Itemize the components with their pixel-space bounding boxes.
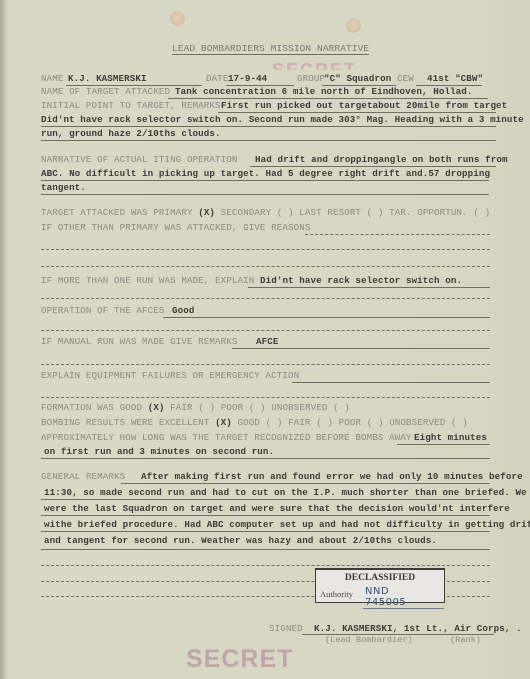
narrative-line-3: tangent. [41,182,86,193]
formation-label: FORMATION WAS [41,402,114,413]
authority-value: NND 745005 [363,586,444,609]
bombing-poor[interactable]: POOR ( ) [339,417,384,428]
bombing-fair[interactable]: FAIR ( ) [288,417,333,428]
document-page: LEAD BOMBARDIERS MISSION NARRATIVE SECRE… [0,0,530,679]
name-value: K.J. KASMERSKI [68,73,147,84]
declassified-heading: DECLASSIFIED [316,573,444,583]
secret-stamp-bottom: SECRET [186,645,293,674]
formation-unobserved[interactable]: UNOBSERVED ( ) [271,402,350,413]
bombing-good-checkbox[interactable]: ( ) [266,417,283,428]
general-remarks-underline-4 [41,531,490,532]
initial-point-line-2: Did'nt have rack selector switch on. Sec… [41,114,524,125]
equipment-failures-label: EXPLAIN EQUIPMENT FAILURES OR EMERGENCY … [41,370,299,381]
afce-operation-value: Good [172,305,194,316]
target-type-secondary[interactable]: SECONDARY ( ) [221,207,294,218]
bombing-good[interactable]: GOOD ( ) [238,417,283,428]
lead-bombardier-caption: (Lead Bombardier) [325,635,413,645]
other-than-primary-line-2[interactable] [41,249,490,250]
initial-point-label: INITIAL POINT TO TARGET, REMARKS [41,100,221,111]
primary-checkbox[interactable]: (X) [198,207,215,218]
afce-operation-label: OPERATION OF THE AFCES [41,305,165,316]
other-than-primary-line-1[interactable] [305,234,490,235]
recognition-time-label: APPROXIMATELY HOW LONG WAS THE TARGET RE… [41,432,411,443]
formation-fair[interactable]: FAIR ( ) [170,402,215,413]
general-remarks-blank-line-1[interactable] [41,565,490,566]
recognition-time-underline-1 [397,444,490,445]
bombing-fair-checkbox[interactable]: ( ) [316,417,333,428]
name-label: NAME [41,73,63,84]
recognition-time-line-2: on first run and 3 minutes on second run… [44,446,274,457]
opportunity-checkbox[interactable]: ( ) [473,207,490,218]
last-resort-checkbox[interactable]: ( ) [367,207,384,218]
recognition-time-line-1: Eight minutes [414,432,487,443]
afce-operation-line-2[interactable] [41,330,490,331]
other-than-primary-line-3[interactable] [41,266,490,267]
document-title: LEAD BOMBARDIERS MISSION NARRATIVE [172,43,369,55]
manual-run-label: IF MANUAL RUN WAS MADE GIVE REMARKS [41,336,237,347]
formation-unobserved-checkbox[interactable]: ( ) [333,402,350,413]
narrative-line-2: ABC. No difficult in picking up target. … [41,168,490,179]
target-type-label: TARGET ATTACKED WAS [41,207,148,218]
formation-poor-checkbox[interactable]: ( ) [249,402,266,413]
manual-run-value: AFCE [256,336,278,347]
date-label: DATE [206,73,228,84]
initial-point-line-3: run, ground haze 2/10ths clouds. [41,128,221,139]
group-value: "C" Squadron [324,73,391,84]
afce-operation-underline [163,317,490,318]
narrative-label: NARRATIVE OF ACTUAL ITING OPERATION [41,154,237,165]
general-remarks-underline-1 [121,483,490,484]
group-label: GROUP [297,73,325,84]
other-than-primary-label: IF OTHER THAN PRIMARY WAS ATTACKED, GIVE… [41,222,310,233]
bombing-results-label: BOMBING RESULTS WERE [41,417,153,428]
initial-point-underline-3 [41,140,496,141]
punch-hole-right [346,18,361,33]
narrative-underline-2 [41,180,489,181]
more-than-one-run-line-2[interactable] [41,298,490,299]
signature-value: K.J. KASMERSKI, 1st Lt., Air Corps, . [314,623,522,634]
target-underline [168,98,488,99]
bombing-excellent-checkbox[interactable]: (X) [215,417,232,428]
narrative-underline-1 [250,166,496,167]
more-than-one-run-value: Did'nt have rack selector switch on. [260,275,462,286]
equipment-failures-line-2[interactable] [41,397,490,398]
authority-label: Authority [320,589,353,599]
recognition-time-underline-2 [41,458,490,459]
secondary-checkbox[interactable]: ( ) [277,207,294,218]
general-remarks-line-1: After making first run and found error w… [141,471,523,482]
general-remarks-underline-5 [41,549,490,550]
more-than-one-run-label: IF MORE THAN ONE RUN WAS MADE, EXPLAIN [41,275,254,286]
signed-label: SIGNED [269,623,303,634]
target-type-last-resort[interactable]: LAST RESORT ( ) [299,207,383,218]
initial-point-underline-2 [41,126,496,127]
formation-poor[interactable]: POOR ( ) [221,402,266,413]
general-remarks-underline-2 [41,499,490,500]
target-value: Tank concentration 6 mile north of Eindh… [175,86,473,97]
equipment-failures-line-1[interactable] [292,382,490,383]
formation-good-checkbox[interactable]: (X) [148,402,165,413]
formation-good[interactable]: GOOD (X) [120,402,165,413]
bombing-excellent[interactable]: EXCELLENT (X) [159,417,232,428]
target-type-opportunity[interactable]: TAR. OPPORTUN. ( ) [389,207,490,218]
bombing-results-row: BOMBING RESULTS WERE EXCELLENT (X) GOOD … [41,417,468,428]
crew-label: CEW [397,73,414,84]
bombing-unobserved[interactable]: UNOBSERVED ( ) [389,417,468,428]
declassified-label: DECLASSIFIED Authority NND 745005 [315,568,445,603]
formation-fair-checkbox[interactable]: ( ) [198,402,215,413]
general-remarks-label: GENERAL REMARKS [41,471,125,482]
narrative-line-1: Had drift and droppingangle on both runs… [255,154,508,165]
general-remarks-line-2: 11:30, so made second run and had to cut… [44,487,527,498]
target-label: NAME OF TARGET ATTACKED [41,86,170,97]
bombing-unobserved-checkbox[interactable]: ( ) [451,417,468,428]
general-remarks-underline-3 [41,515,490,516]
initial-point-line-1: First run picked out targetabout 20mile … [221,100,507,111]
initial-point-underline-1 [218,112,496,113]
punch-hole-left [170,11,185,26]
date-value: 17-9-44 [228,73,267,84]
target-type-row: TARGET ATTACKED WAS PRIMARY (X) SECONDAR… [41,207,490,218]
target-type-primary[interactable]: PRIMARY (X) [153,207,215,218]
formation-row: FORMATION WAS GOOD (X) FAIR ( ) POOR ( )… [41,402,350,413]
general-remarks-line-5: and tangent for second run. Weather was … [44,535,437,546]
bombing-poor-checkbox[interactable]: ( ) [367,417,384,428]
crew-value: 41st "CBW" [427,73,483,84]
general-remarks-line-3: were the last Squadron on target and wer… [44,503,510,514]
narrative-underline-3 [41,194,489,195]
paper-edge [0,0,5,679]
rank-caption: (Rank) [450,635,481,645]
manual-run-underline [232,348,490,349]
manual-run-line-2[interactable] [41,364,490,365]
general-remarks-line-4: withe briefed procedure. Had ABC compute… [44,519,530,530]
more-than-one-run-underline [248,287,490,288]
